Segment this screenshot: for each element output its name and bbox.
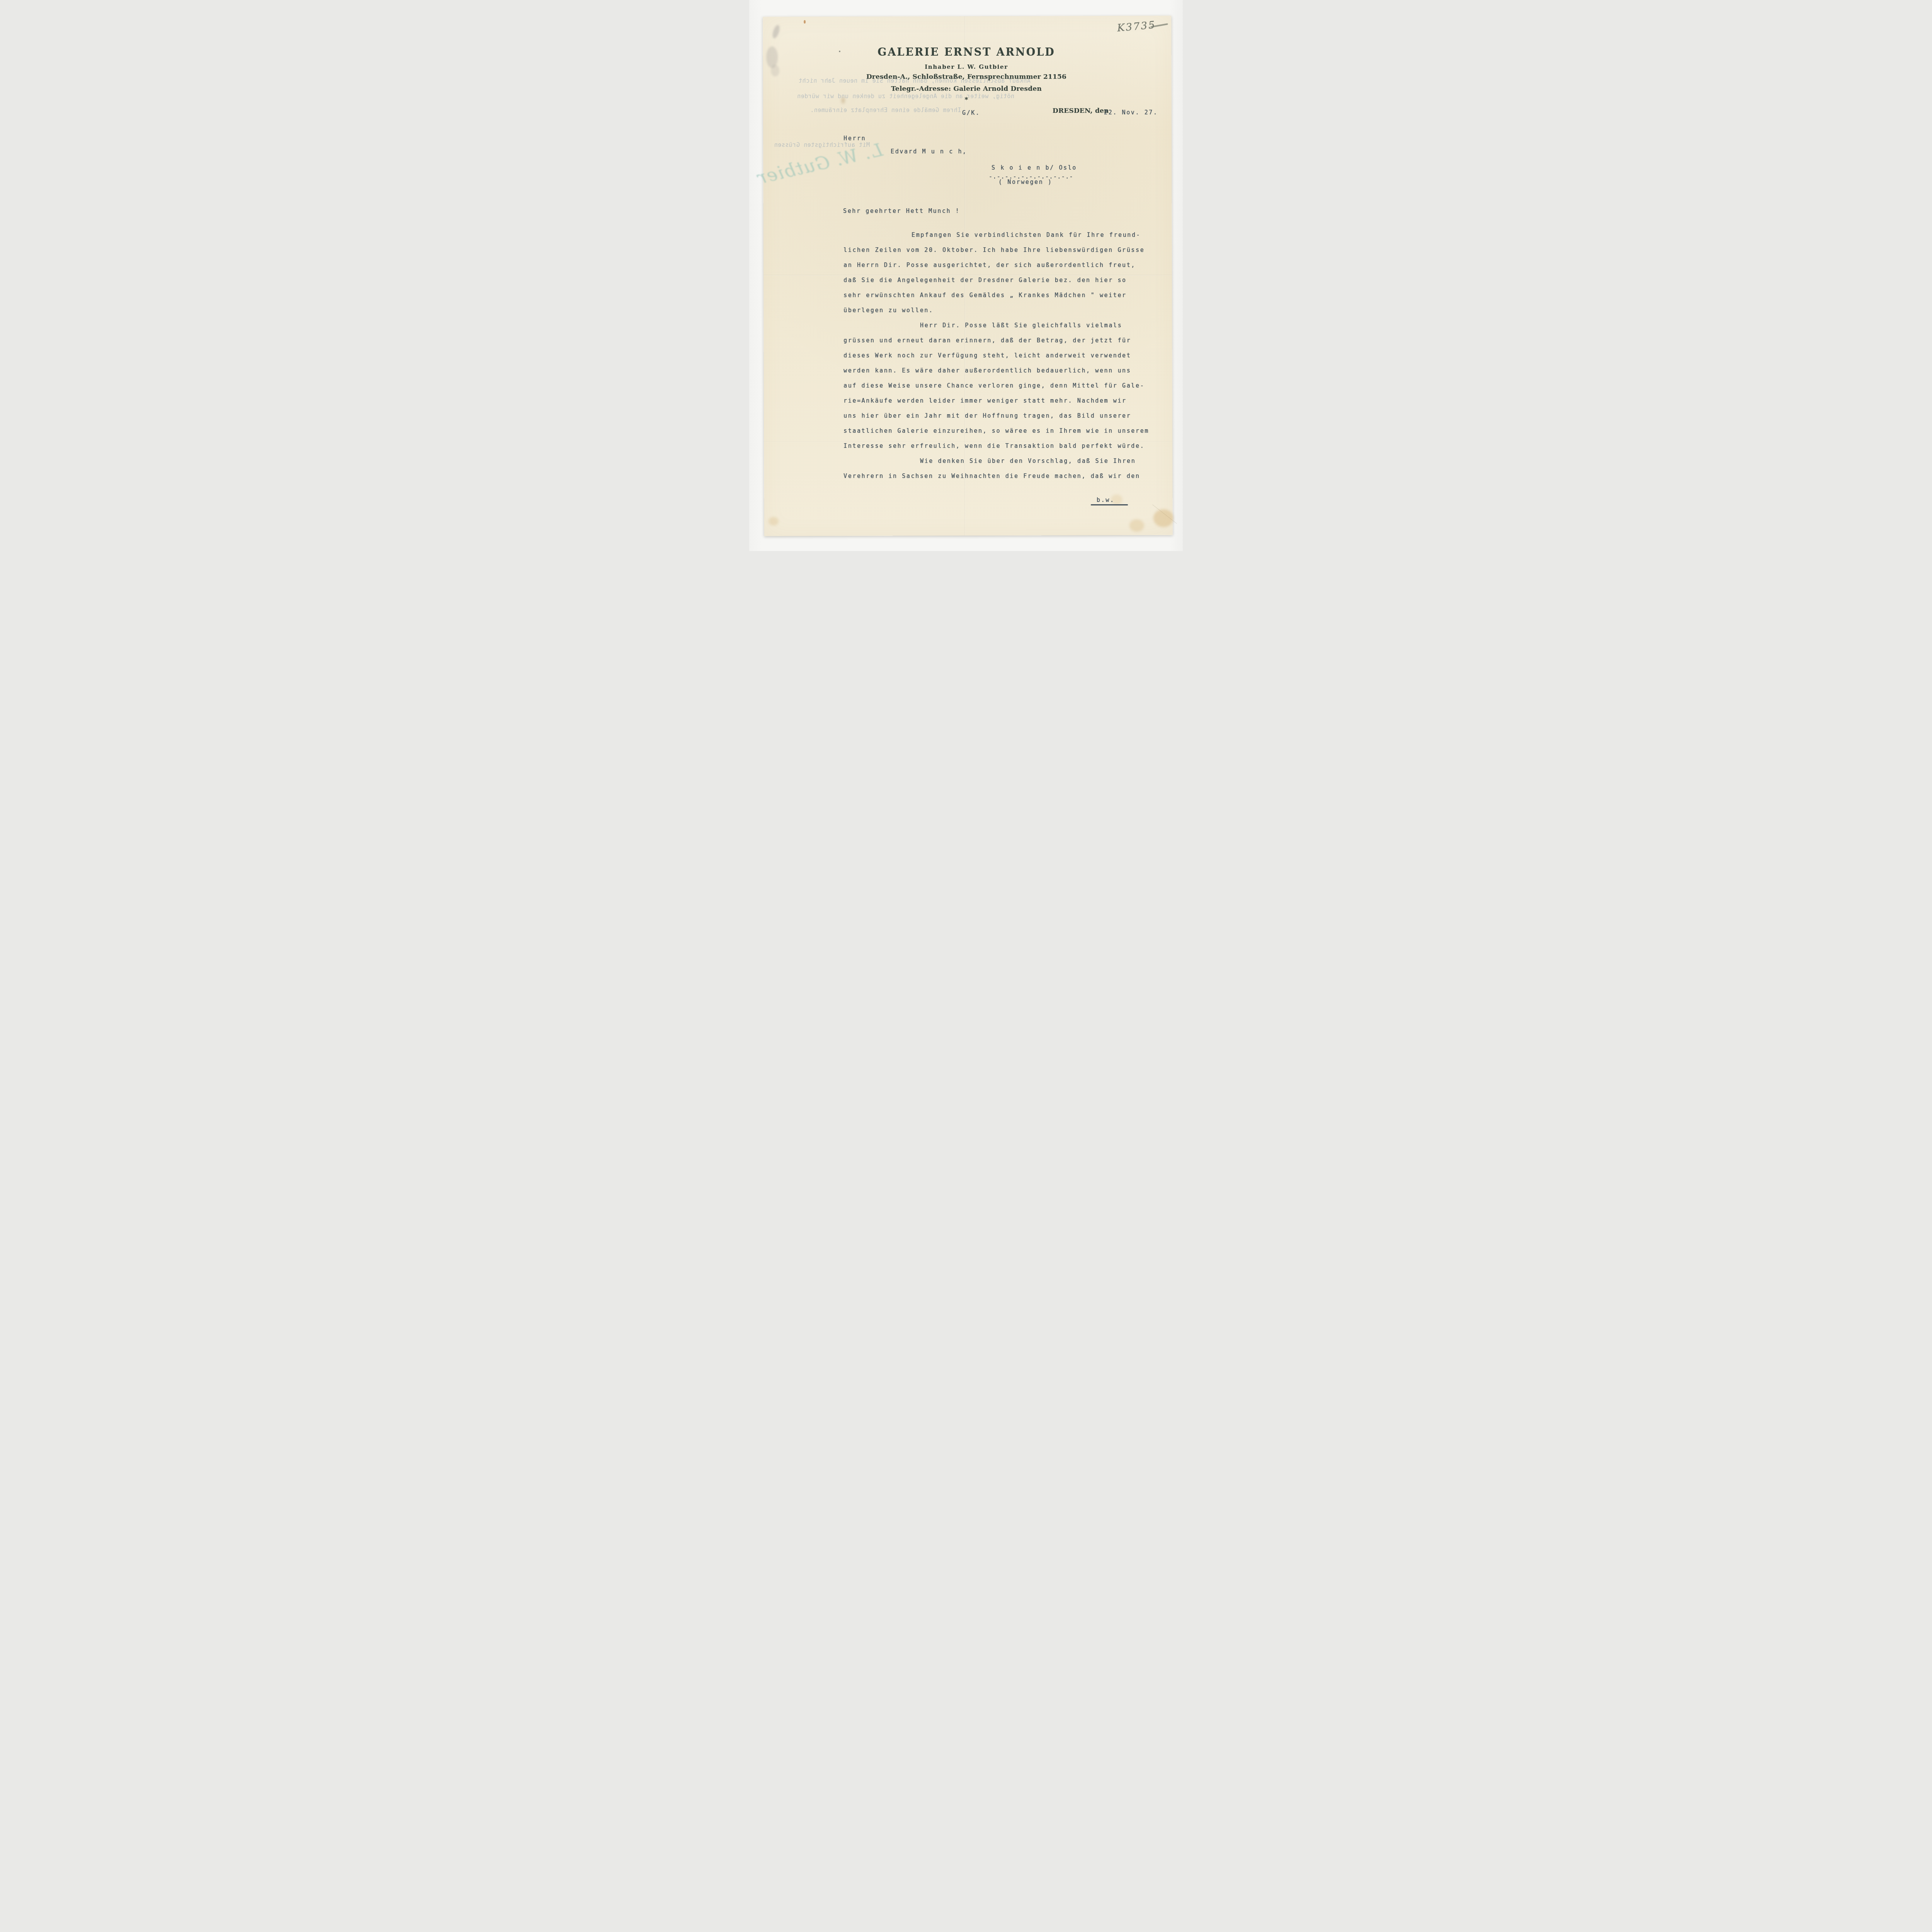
- letter-body: Empfangen Sie verbindlichsten Dank für I…: [844, 228, 1149, 484]
- body-line: staatlichen Galerie einzureihen, so wäre…: [844, 423, 1149, 439]
- letterhead-address: Dresden-A., Schloßstraße, Fernsprechnumm…: [749, 73, 1183, 81]
- body-line: sehr erwünschten Ankauf des Gemäldes „ K…: [844, 288, 1149, 303]
- letterhead-proprietor: Inhaber L. W. Gutbier: [749, 63, 1183, 70]
- body-line: Herr Dir. Posse läßt Sie gleichfalls vie…: [844, 318, 1149, 333]
- recipient-place: S k o i e n b/ Oslo: [992, 164, 1077, 171]
- recipient-title: Herrn: [844, 135, 866, 142]
- body-line: Wie denken Sie über den Vorschlag, daß S…: [844, 454, 1149, 469]
- bleed-through-line: Ihrem Gemälde einen Ehrenplatz einräumen…: [796, 107, 975, 114]
- body-line: überlegen zu wollen.: [844, 303, 1149, 318]
- salutation: Sehr geehrter Hett Munch !: [843, 207, 960, 214]
- body-line: rie=Ankäufe werden leider immer weniger …: [844, 393, 1149, 408]
- foxing-stain: [1129, 519, 1144, 532]
- body-line: werden kann. Es wäre daher außerordentli…: [844, 363, 1149, 378]
- recipient-name: Edvard M u n c h,: [891, 148, 967, 155]
- body-line: Verehrern in Sachsen zu Weihnachten die …: [844, 469, 1149, 484]
- reference-initials: G/K.: [962, 109, 980, 116]
- letterhead-title: GALERIE ERNST ARNOLD: [749, 46, 1183, 58]
- letterhead-telegram-address: Telegr.-Adresse: Galerie Arnold Dresden: [749, 85, 1183, 93]
- recipient-country: ( Norwegen ): [998, 179, 1053, 185]
- turn-over-note: b.w.: [1097, 497, 1115, 503]
- foxing-stain: [1153, 509, 1173, 527]
- scan-stage: Ankauf abschliessen können, dann hätten …: [749, 0, 1183, 551]
- body-line: grüssen und erneut daran erinnern, daß d…: [844, 333, 1149, 348]
- printed-place-date-label: DRESDEN, den: [1053, 107, 1109, 115]
- body-line: auf diese Weise unsere Chance verloren g…: [844, 378, 1149, 393]
- letterhead-separator-star: *: [749, 96, 1183, 104]
- body-line: Interesse sehr erfreulich, wenn die Tran…: [844, 439, 1149, 454]
- foxing-stain: [769, 517, 779, 526]
- body-line: an Herrn Dir. Posse ausgerichtet, der si…: [844, 258, 1149, 273]
- body-line: uns hier über ein Jahr mit der Hoffnung …: [844, 408, 1149, 423]
- body-line: Empfangen Sie verbindlichsten Dank für I…: [844, 228, 1149, 243]
- rust-speck: [804, 20, 806, 24]
- body-line: daß Sie die Angelegenheit der Dresdner G…: [844, 273, 1149, 288]
- body-line: dieses Werk noch zur Verfügung steht, le…: [844, 348, 1149, 363]
- typed-date: 22. Nov. 27.: [1104, 109, 1158, 116]
- turn-over-underline: [1091, 504, 1128, 505]
- body-line: lichen Zeilen vom 20. Oktober. Ich habe …: [844, 243, 1149, 258]
